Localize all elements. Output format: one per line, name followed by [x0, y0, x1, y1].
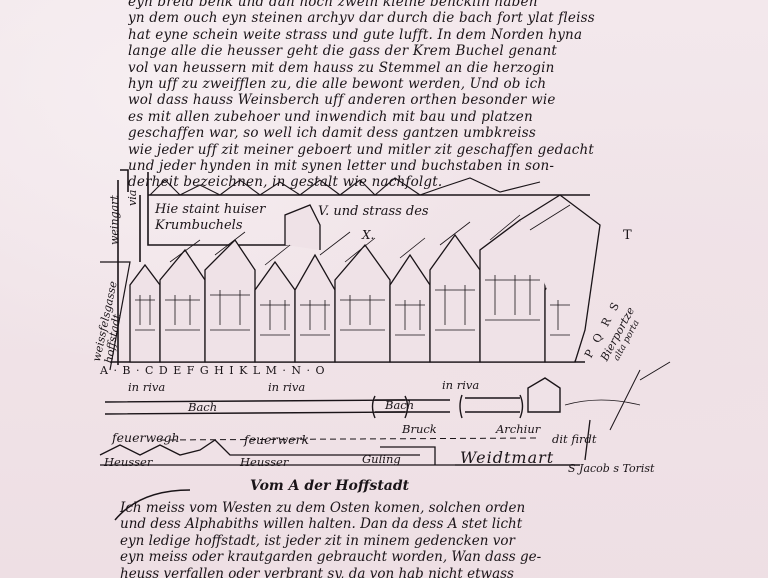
bruck-label: Bruck — [402, 422, 437, 436]
t-label: T — [623, 228, 632, 243]
bottom-handwritten-text: Ich meiss vom Westen zu dem Osten komen,… — [120, 500, 640, 578]
banner-v-label: V. und strass des — [318, 204, 429, 219]
feuerwegh-label: feuerwegh — [112, 430, 180, 445]
x-label: X. — [362, 228, 374, 242]
riva-label-2: in riva — [268, 380, 305, 394]
via-label: via — [126, 190, 139, 206]
text-line: eyn meiss oder krautgarden gebraucht wor… — [120, 549, 640, 565]
text-line: heuss verfallen oder verbrant sy, da von… — [120, 566, 640, 578]
heusser-label-1: Heusser — [104, 455, 152, 469]
gate-label: dit firdt — [552, 432, 596, 446]
riva-label-1: in riva — [128, 380, 165, 394]
text-line: Ich meiss vom Westen zu dem Osten komen,… — [120, 500, 640, 516]
banner-text-line2: Krumbuchels — [155, 218, 243, 233]
section-heading: Vom A der Hoffstadt — [250, 478, 409, 494]
house-letters: A · B · C D E F G H I K L M · N · O — [100, 364, 326, 377]
riva-label-3: in riva — [442, 378, 479, 392]
bach-label-1: Bach — [188, 400, 217, 414]
archive-label: Archiur — [496, 422, 540, 436]
banner-text-line1: Hie staint huiser — [155, 202, 265, 217]
weingart-label: weingart — [108, 195, 121, 245]
heusser-label-2: Heusser — [240, 455, 288, 469]
text-line: und dess Alphabiths willen halten. Dan d… — [120, 516, 640, 532]
text-line: eyn ledige hoffstadt, ist jeder zit in m… — [120, 533, 640, 549]
guling-label: Guling — [362, 452, 401, 466]
feuerwerk-label: feuerwerk — [244, 432, 309, 447]
bach-label-2: Bach — [385, 398, 414, 412]
weidtmart-label: Weidtmart — [460, 448, 554, 467]
corner-label: S Jacob s Torist — [568, 462, 654, 475]
